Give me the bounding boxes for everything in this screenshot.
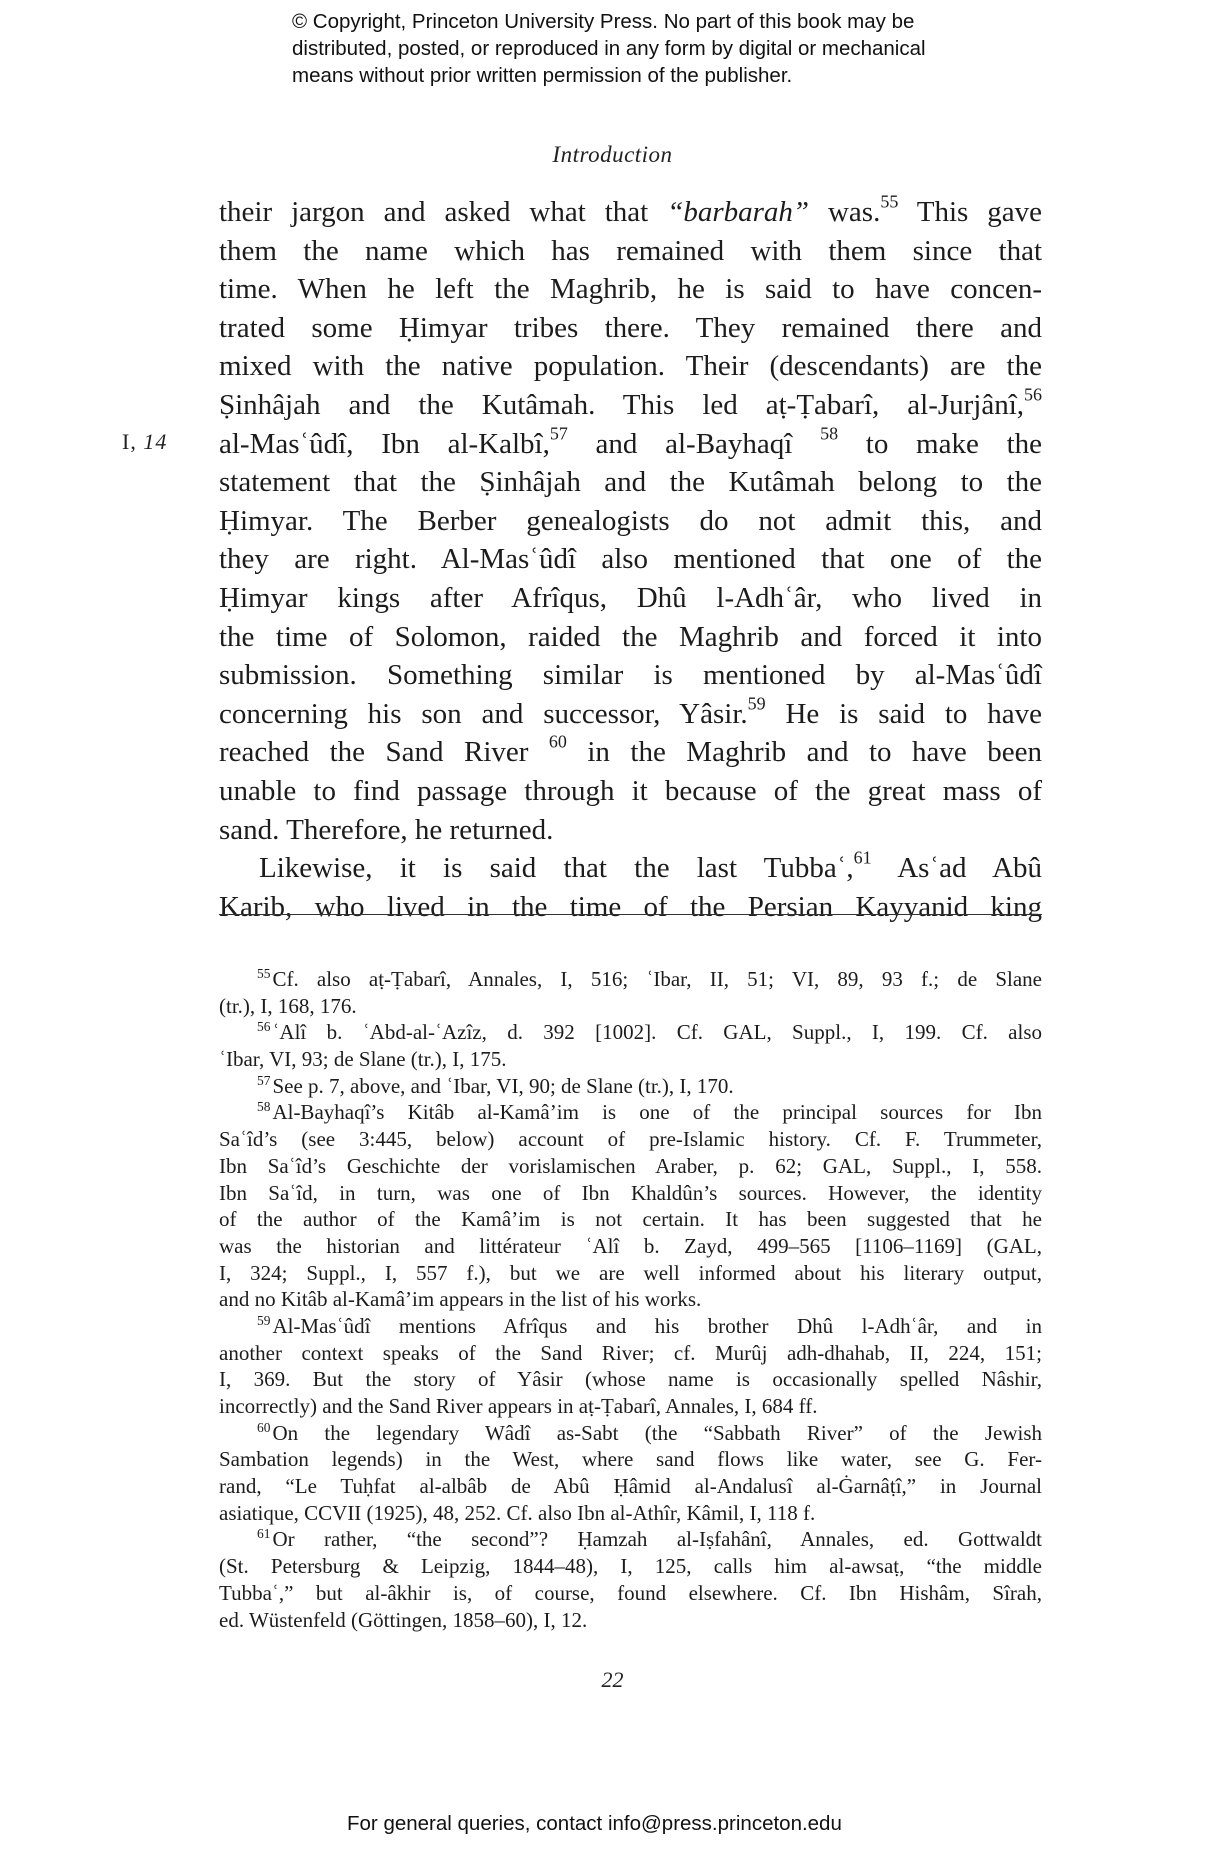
body-line: the time of Solomon, raided the Maghrib …	[219, 618, 1042, 657]
copyright-line: means without prior written permission o…	[292, 62, 992, 89]
footnote-58: 58Al-Bayhaqî’s Kitâb al-Kamâ’im is one o…	[219, 1099, 1042, 1313]
footnote-61: 61Or rather, “the second”? Ḥamzah al-Iṣf…	[219, 1526, 1042, 1633]
footnote-60: 60On the legendary Wâdî as-Sabt (the “Sa…	[219, 1420, 1042, 1527]
running-head: Introduction	[0, 142, 1225, 168]
body-line: sand. Therefore, he returned.	[219, 811, 1042, 850]
body-line: them the name which has remained with th…	[219, 232, 1042, 271]
footnote-57: 57See p. 7, above, and ʿIbar, VI, 90; de…	[219, 1073, 1042, 1100]
footnote-number: 56	[257, 1019, 270, 1034]
body-line: reached the Sand River 60 in the Maghrib…	[219, 733, 1042, 772]
body-text: their jargon and asked what that “barbar…	[219, 193, 1042, 926]
footnote-number: 58	[257, 1099, 270, 1114]
body-line: Karib, who lived in the time of the Pers…	[219, 888, 1042, 927]
footnotes: 55Cf. also aṭ-Ṭabarî, Annales, I, 516; ʿ…	[219, 966, 1042, 1633]
copyright-line: distributed, posted, or reproduced in an…	[292, 35, 992, 62]
copyright-line: © Copyright, Princeton University Press.…	[292, 8, 992, 35]
body-line: concerning his son and successor, Yâsir.…	[219, 695, 1042, 734]
footnote-number: 60	[257, 1420, 270, 1435]
footnote-ref[interactable]: 55	[880, 192, 898, 212]
body-line: Likewise, it is said that the last Tubba…	[219, 849, 1042, 888]
footnote-number: 59	[257, 1313, 270, 1328]
body-line: they are right. Al-Masʿûdî also mentione…	[219, 540, 1042, 579]
footnote-number: 55	[257, 966, 270, 981]
body-line: Ḥimyar. The Berber genealogists do not a…	[219, 502, 1042, 541]
body-line: Ḥimyar kings after Afrîqus, Dhû l-Adhʿâr…	[219, 579, 1042, 618]
margin-page: 14	[143, 429, 167, 454]
body-line: their jargon and asked what that “barbar…	[219, 193, 1042, 232]
copyright-notice: © Copyright, Princeton University Press.…	[292, 8, 992, 89]
footnote-59: 59Al-Masʿûdî mentions Afrîqus and his br…	[219, 1313, 1042, 1420]
body-line: statement that the Ṣinhâjah and the Kutâ…	[219, 463, 1042, 502]
body-line: mixed with the native population. Their …	[219, 347, 1042, 386]
body-line: time. When he left the Maghrib, he is sa…	[219, 270, 1042, 309]
margin-reference: I, 14	[122, 429, 167, 455]
footnote-ref[interactable]: 59	[748, 693, 766, 713]
footnote-number: 57	[257, 1073, 270, 1088]
body-line: trated some Ḥimyar tribes there. They re…	[219, 309, 1042, 348]
footnote-separator	[219, 914, 1042, 915]
body-line: al-Masʿûdî, Ibn al-Kalbî,57 and al-Bayha…	[219, 425, 1042, 464]
footnote-56: 56ʿAlî b. ʿAbd-al-ʿAzîz, d. 392 [1002]. …	[219, 1019, 1042, 1072]
body-line: unable to find passage through it becaus…	[219, 772, 1042, 811]
footnote-ref[interactable]: 57	[550, 423, 568, 443]
body-line: submission. Something similar is mention…	[219, 656, 1042, 695]
footnote-number: 61	[257, 1526, 270, 1541]
body-line: Ṣinhâjah and the Kutâmah. This led aṭ-Ṭa…	[219, 386, 1042, 425]
contact-footer: For general queries, contact info@press.…	[347, 1812, 842, 1836]
footnote-55: 55Cf. also aṭ-Ṭabarî, Annales, I, 516; ʿ…	[219, 966, 1042, 1019]
footnote-ref[interactable]: 61	[854, 848, 872, 868]
page-number: 22	[0, 1667, 1225, 1693]
footnote-ref[interactable]: 58	[820, 423, 838, 443]
margin-volume: I,	[122, 429, 137, 454]
footnote-ref[interactable]: 56	[1024, 384, 1042, 404]
footnote-ref[interactable]: 60	[549, 732, 567, 752]
